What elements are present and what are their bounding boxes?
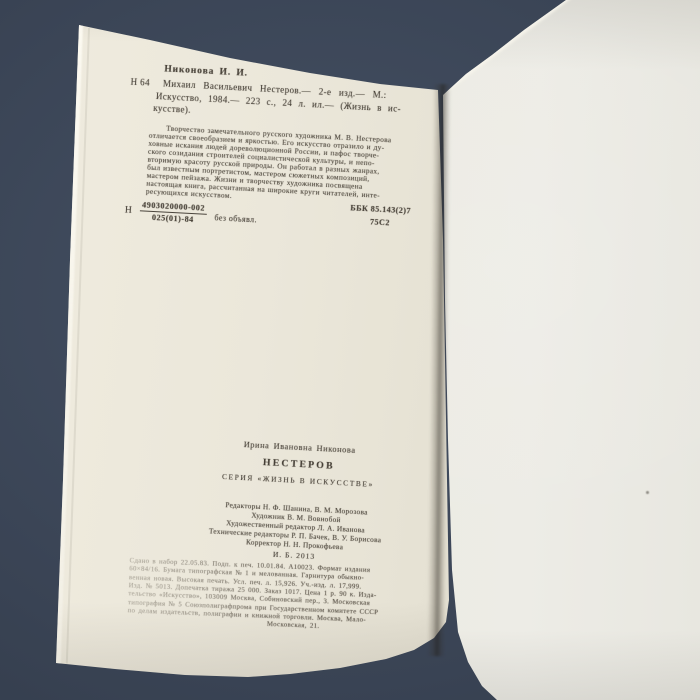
catalog-suffix: без объявл.	[214, 213, 257, 224]
catalog-code: Н 64	[130, 77, 150, 88]
catalog-letter: Н	[125, 205, 132, 215]
imprint-paragraph: Сдано в набор 22.05.83. Подп. к печ. 10.…	[127, 557, 461, 637]
title-block: Ирина Ивановна Никонова НЕСТЕРОВ СЕРИЯ «…	[133, 434, 465, 493]
page-speck	[646, 491, 649, 494]
author-header: Никонова И. И.	[164, 64, 248, 78]
bibliographic-entry: Н 64Михаил Васильевич Нестеров.— 2-е изд…	[129, 76, 402, 128]
catalog-denominator: 025(01)-84	[139, 211, 206, 224]
book-photo: Никонова И. И. Н 64Михаил Васильевич Нес…	[0, 0, 700, 700]
catalog-fraction: 4903020000-002 025(01)-84	[139, 200, 207, 224]
page-edge-highlight	[444, 0, 589, 92]
bbk-classification: ББК 85.143(2)7 75С2	[349, 202, 411, 230]
annotation-paragraph: Творчество замечательного русского худож…	[146, 124, 449, 211]
catalog-number-block: Н 4903020000-002 025(01)-84 без объявл.	[124, 200, 257, 228]
